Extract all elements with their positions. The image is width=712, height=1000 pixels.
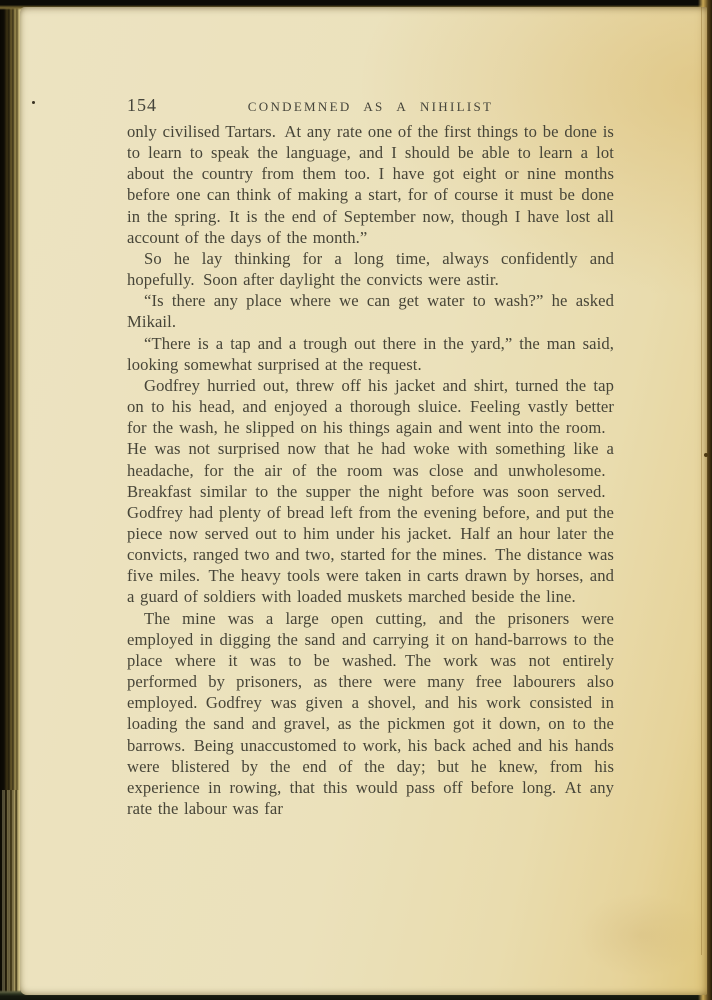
page-header: 154 CONDEMNED AS A NIHILIST xyxy=(127,95,614,115)
paragraph-4: “There is a tap and a trough out there i… xyxy=(127,333,614,375)
page-body-text: only civilised Tartars. At any rate one … xyxy=(127,121,614,819)
paper-page: 154 CONDEMNED AS A NIHILIST only civilis… xyxy=(20,7,707,995)
page-number: 154 xyxy=(127,95,157,116)
paragraph-6: The mine was a large open cutting, and t… xyxy=(127,608,614,820)
ink-speck xyxy=(32,101,35,104)
paragraph-2: So he lay thinking for a long time, alwa… xyxy=(127,248,614,290)
paragraph-1: only civilised Tartars. At any rate one … xyxy=(127,121,614,248)
edge-speck xyxy=(704,453,708,457)
book-page-scan: 154 CONDEMNED AS A NIHILIST only civilis… xyxy=(0,0,712,1000)
paragraph-3: “Is there any place where we can get wat… xyxy=(127,290,614,332)
paragraph-5: Godfrey hurried out, threw off his jacke… xyxy=(127,375,614,608)
running-title: CONDEMNED AS A NIHILIST xyxy=(127,95,614,115)
